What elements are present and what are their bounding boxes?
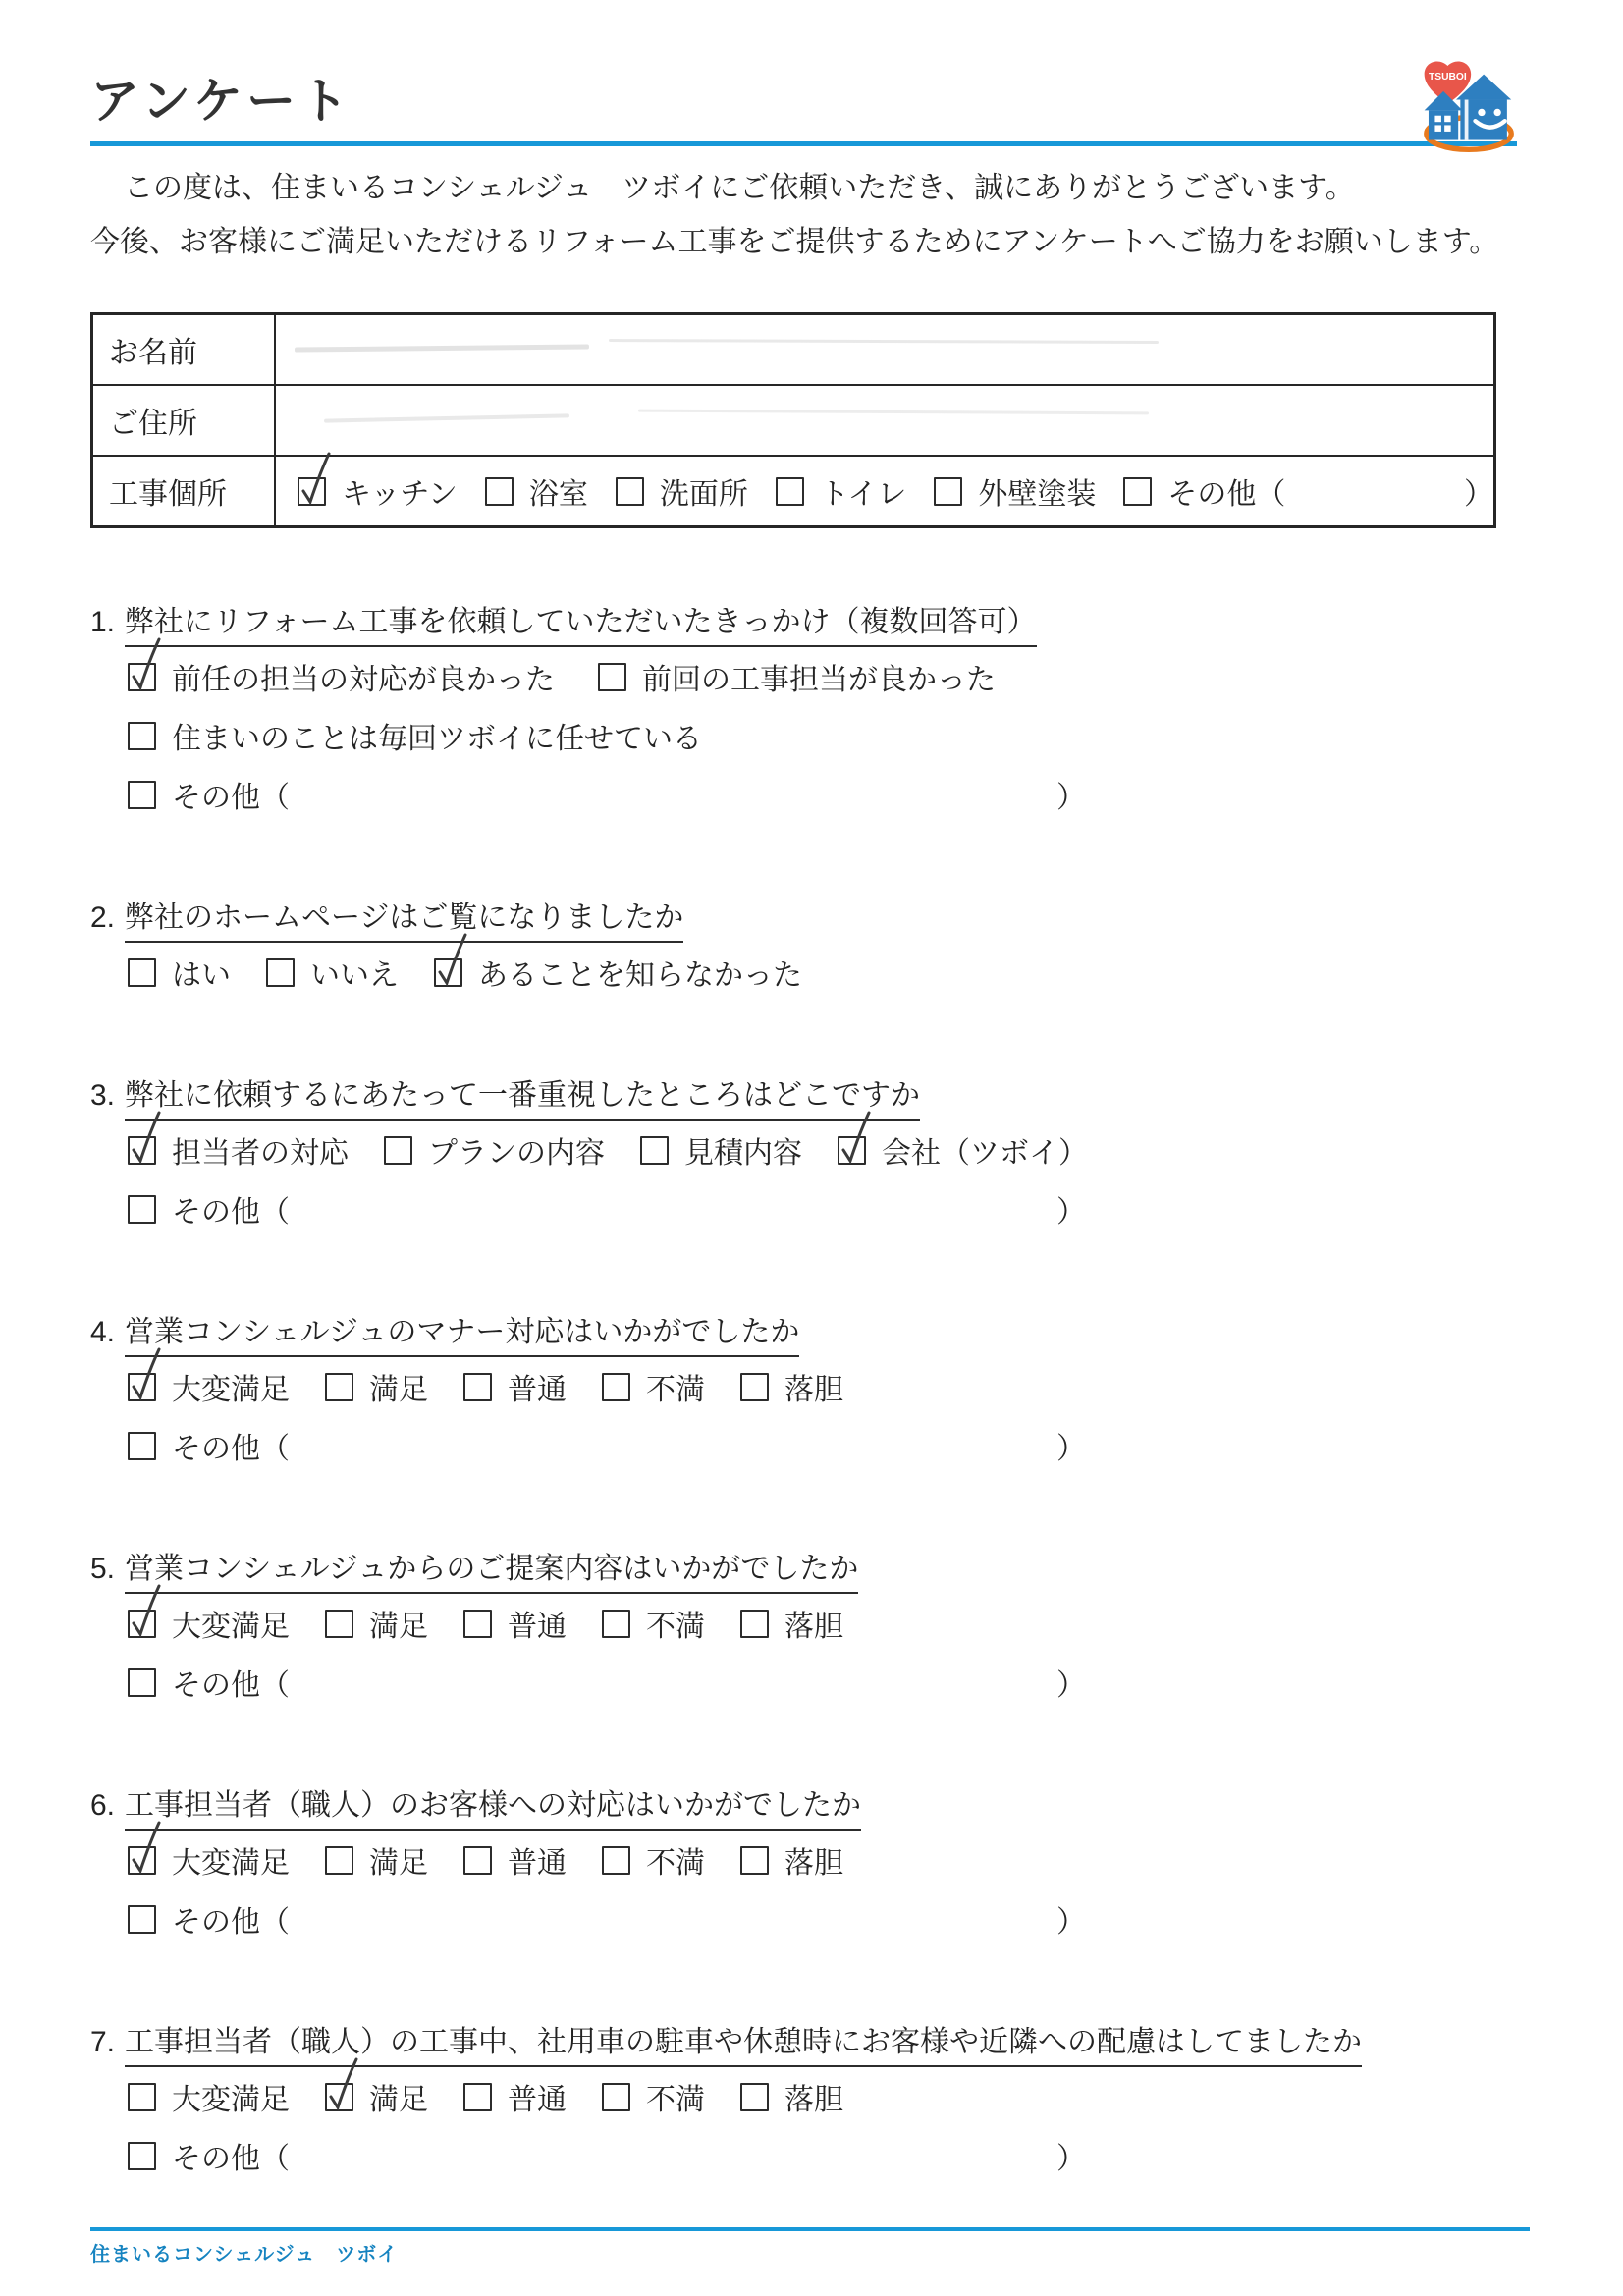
option-label: 満足 [369, 2075, 428, 2118]
question-heading: 4.営業コンシェルジュのマナー対応はいかがでしたか [90, 1307, 1530, 1357]
checkbox-unchecked[interactable] [128, 958, 156, 987]
check-mark-icon [127, 1819, 164, 1878]
checkbox-unchecked[interactable] [598, 663, 626, 691]
checkbox-option: 普通 [463, 1365, 567, 1408]
checkbox-checked[interactable] [128, 663, 156, 691]
checkbox-option: あることを知らなかった [434, 951, 802, 994]
checkbox-option: その他（ [128, 773, 290, 816]
question-heading: 7.工事担当者（職人）の工事中、社用車の駐車や休憩時にお客様や近隣への配慮はして… [90, 2017, 1530, 2067]
intro-line-1: この度は、住まいるコンシェルジュ ツボイにご依頼いただき、誠にありがとうございま… [90, 162, 1530, 216]
check-mark-icon [837, 1109, 874, 1168]
option-row: 大変満足満足普通不満落胆 [128, 2067, 1530, 2126]
close-paren: ） [1056, 773, 1086, 816]
option-label: 落胆 [784, 2075, 843, 2118]
checkbox-unchecked[interactable] [602, 1610, 630, 1638]
checkbox-checked[interactable] [838, 1136, 866, 1165]
address-field-blank[interactable] [276, 386, 1493, 455]
checkbox-option: その他（ [128, 1187, 290, 1230]
option-label: 前任の担当の対応が良かった [172, 655, 555, 698]
checkbox-option: トイレ [776, 469, 907, 513]
option-row: その他（） [128, 765, 1530, 824]
close-paren: ） [1056, 1424, 1086, 1467]
option-label: 普通 [508, 1838, 567, 1882]
customer-info-table: お名前 ご住所 工事個所 キッチン浴室洗面所トイレ外壁塗装その他（） [90, 312, 1496, 528]
option-row: 住まいのことは毎回ツボイに任せている [128, 706, 1530, 765]
checkbox-checked[interactable] [325, 2083, 353, 2111]
check-mark-icon [324, 2055, 361, 2114]
checkbox-option: 前任の担当の対応が良かった [128, 655, 555, 698]
question-heading: 6.工事担当者（職人）のお客様への対応はいかがでしたか [90, 1780, 1530, 1831]
option-label: 満足 [369, 1602, 428, 1645]
checkbox-option: 不満 [602, 2075, 705, 2118]
option-row: 大変満足満足普通不満落胆 [128, 1594, 1530, 1653]
name-field-blank[interactable] [276, 315, 1493, 384]
checkbox-checked[interactable] [128, 1136, 156, 1165]
checkbox-unchecked[interactable] [463, 1610, 492, 1638]
option-label: 会社（ツボイ） [882, 1128, 1088, 1172]
checkbox-checked[interactable] [128, 1373, 156, 1401]
checkbox-option: 大変満足 [128, 2075, 290, 2118]
checkbox-option: 大変満足 [128, 1838, 290, 1882]
checkbox-unchecked[interactable] [740, 1373, 769, 1401]
footer-divider [90, 2227, 1530, 2231]
name-row-label: お名前 [93, 315, 276, 384]
checkbox-checked[interactable] [128, 1610, 156, 1638]
checkbox-option: 住まいのことは毎回ツボイに任せている [128, 714, 702, 757]
checkbox-unchecked[interactable] [128, 2142, 156, 2170]
option-row: その他（） [128, 1416, 1530, 1475]
checkbox-option: 不満 [602, 1602, 705, 1645]
option-row: 前任の担当の対応が良かった前回の工事担当が良かった [128, 647, 1530, 706]
checkbox-option: 会社（ツボイ） [838, 1128, 1088, 1172]
option-label: 住まいのことは毎回ツボイに任せている [172, 714, 702, 757]
option-label: その他（ [172, 1661, 290, 1704]
question-block-3: 3.弊社に依頼するにあたって一番重視したところはどこですか担当者の対応プランの内… [90, 1070, 1530, 1238]
option-label: 不満 [646, 2075, 705, 2118]
option-label: トイレ [820, 469, 907, 513]
option-label: その他（ [172, 1424, 290, 1467]
option-row: その他（） [128, 1889, 1530, 1948]
option-label: 前回の工事担当が良かった [642, 655, 996, 698]
option-label: その他（ [1167, 469, 1285, 513]
checkbox-unchecked[interactable] [463, 1846, 492, 1875]
question-number: 6. [90, 1789, 115, 1823]
checkbox-unchecked[interactable] [934, 477, 962, 506]
checkbox-checked[interactable] [298, 477, 326, 506]
checkbox-option: 大変満足 [128, 1365, 290, 1408]
question-text: 工事担当者（職人）の工事中、社用車の駐車や休憩時にお客様や近隣への配慮はしてまし… [125, 2017, 1362, 2067]
option-label: いいえ [310, 951, 399, 994]
checkbox-unchecked[interactable] [325, 1373, 353, 1401]
option-row: 大変満足満足普通不満落胆 [128, 1357, 1530, 1416]
option-label: 不満 [646, 1838, 705, 1882]
checkbox-option: 落胆 [740, 2075, 843, 2118]
option-label: 浴室 [529, 469, 588, 513]
question-number: 2. [90, 902, 115, 935]
check-mark-icon [433, 931, 470, 990]
title-underline [90, 141, 1517, 146]
checkbox-unchecked[interactable] [602, 1846, 630, 1875]
question-heading: 5.営業コンシェルジュからのご提案内容はいかがでしたか [90, 1544, 1530, 1594]
checkbox-option: 浴室 [485, 469, 588, 513]
close-paren: ） [1056, 1661, 1086, 1704]
check-mark-icon [297, 450, 334, 509]
question-number: 4. [90, 1316, 115, 1349]
checkbox-option: いいえ [266, 951, 399, 994]
close-paren: ） [1056, 1897, 1086, 1941]
question-block-4: 4.営業コンシェルジュのマナー対応はいかがでしたか大変満足満足普通不満落胆その他… [90, 1307, 1530, 1475]
option-label: はい [172, 951, 231, 994]
checkbox-option: 見積内容 [640, 1128, 802, 1172]
question-text: 弊社にリフォーム工事を依頼していただいたきっかけ（複数回答可） [125, 597, 1037, 647]
check-mark-icon [127, 1345, 164, 1404]
checkbox-option: 満足 [325, 1365, 428, 1408]
option-label: 満足 [369, 1365, 428, 1408]
checkbox-option: その他（ [128, 1661, 290, 1704]
option-label: 不満 [646, 1365, 705, 1408]
checkbox-unchecked[interactable] [740, 1846, 769, 1875]
checkbox-unchecked[interactable] [640, 1136, 669, 1165]
option-row: 大変満足満足普通不満落胆 [128, 1831, 1530, 1889]
question-heading: 1.弊社にリフォーム工事を依頼していただいたきっかけ（複数回答可） [90, 597, 1530, 647]
option-label: その他（ [172, 1187, 290, 1230]
option-row: その他（） [128, 2126, 1530, 2185]
checkbox-unchecked[interactable] [602, 1373, 630, 1401]
checkbox-option: 普通 [463, 1838, 567, 1882]
checkbox-option: はい [128, 951, 231, 994]
checkbox-unchecked[interactable] [128, 781, 156, 809]
option-label: 担当者の対応 [172, 1128, 349, 1172]
option-label: 洗面所 [660, 469, 748, 513]
tsuboi-mascot-icon: TSUBOI [1416, 55, 1522, 157]
option-row: はいいいえあることを知らなかった [128, 943, 1530, 1002]
checkbox-option: 普通 [463, 2075, 567, 2118]
option-label: キッチン [342, 469, 458, 513]
checkbox-unchecked[interactable] [463, 2083, 492, 2111]
close-paren: ） [1464, 469, 1493, 513]
checkbox-unchecked[interactable] [128, 1905, 156, 1934]
option-label: 落胆 [784, 1602, 843, 1645]
checkbox-option: 外壁塗装 [934, 469, 1096, 513]
work-location-options: キッチン浴室洗面所トイレ外壁塗装その他（） [276, 469, 1493, 513]
option-label: 大変満足 [172, 1838, 290, 1882]
checkbox-unchecked[interactable] [740, 2083, 769, 2111]
check-mark-icon [127, 1109, 164, 1168]
check-mark-icon [127, 635, 164, 694]
checkbox-option: 落胆 [740, 1365, 843, 1408]
questionnaire-page: アンケート TSUBOI この度は、住まいるコンシェ [0, 0, 1623, 2296]
question-text: 弊社のホームページはご覧になりましたか [125, 893, 683, 943]
question-block-7: 7.工事担当者（職人）の工事中、社用車の駐車や休憩時にお客様や近隣への配慮はして… [90, 2017, 1530, 2185]
option-label: 落胆 [784, 1365, 843, 1408]
checkbox-option: 落胆 [740, 1838, 843, 1882]
checkbox-option: 不満 [602, 1838, 705, 1882]
option-label: 見積内容 [684, 1128, 802, 1172]
checkbox-unchecked[interactable] [1123, 477, 1152, 506]
name-row: お名前 [93, 315, 1493, 386]
checkbox-unchecked[interactable] [776, 477, 804, 506]
option-label: プランの内容 [428, 1128, 605, 1172]
address-row-label: ご住所 [93, 386, 276, 455]
question-block-6: 6.工事担当者（職人）のお客様への対応はいかがでしたか大変満足満足普通不満落胆そ… [90, 1780, 1530, 1948]
option-label: 普通 [508, 1365, 567, 1408]
option-label: その他（ [172, 1897, 290, 1941]
close-paren: ） [1056, 2134, 1086, 2177]
checkbox-option: その他（ [128, 1897, 290, 1941]
checkbox-option: その他（ [128, 2134, 290, 2177]
check-mark-icon [127, 1582, 164, 1641]
checkbox-unchecked[interactable] [128, 2083, 156, 2111]
question-list: 1.弊社にリフォーム工事を依頼していただいたきっかけ（複数回答可）前任の担当の対… [90, 597, 1530, 2185]
checkbox-option: 満足 [325, 1602, 428, 1645]
small-house-icon [1429, 110, 1458, 139]
checkbox-option: 不満 [602, 1365, 705, 1408]
question-block-2: 2.弊社のホームページはご覧になりましたかはいいいえあることを知らなかった [90, 893, 1530, 1002]
footer-company-name: 住まいるコンシェルジュ ツボイ [90, 2238, 1530, 2267]
question-number: 7. [90, 2026, 115, 2059]
option-label: 普通 [508, 1602, 567, 1645]
option-label: 普通 [508, 2075, 567, 2118]
checkbox-option: キッチン [298, 469, 458, 513]
question-number: 3. [90, 1079, 115, 1113]
checkbox-option: 普通 [463, 1602, 567, 1645]
question-text: 工事担当者（職人）のお客様への対応はいかがでしたか [125, 1780, 861, 1831]
checkbox-unchecked[interactable] [463, 1373, 492, 1401]
checkbox-unchecked[interactable] [485, 477, 514, 506]
option-label: 大変満足 [172, 1602, 290, 1645]
checkbox-option: 満足 [325, 2075, 428, 2118]
work-location-label: 工事個所 [93, 457, 276, 525]
checkbox-unchecked[interactable] [325, 1610, 353, 1638]
checkbox-option: 前回の工事担当が良かった [598, 655, 996, 698]
checkbox-unchecked[interactable] [266, 958, 295, 987]
checkbox-option: その他（ [128, 1424, 290, 1467]
page-footer: 住まいるコンシェルジュ ツボイ [90, 2227, 1530, 2267]
checkbox-checked[interactable] [434, 958, 462, 987]
checkbox-unchecked[interactable] [128, 722, 156, 750]
checkbox-option: 洗面所 [616, 469, 748, 513]
checkbox-option: 満足 [325, 1838, 428, 1882]
question-number: 5. [90, 1553, 115, 1586]
checkbox-unchecked[interactable] [616, 477, 644, 506]
checkbox-option: 落胆 [740, 1602, 843, 1645]
option-label: 不満 [646, 1602, 705, 1645]
checkbox-option: プランの内容 [384, 1128, 605, 1172]
checkbox-unchecked[interactable] [128, 1432, 156, 1460]
question-block-1: 1.弊社にリフォーム工事を依頼していただいたきっかけ（複数回答可）前任の担当の対… [90, 597, 1530, 824]
checkbox-unchecked[interactable] [384, 1136, 412, 1165]
checkbox-option: 担当者の対応 [128, 1128, 349, 1172]
intro-text: この度は、住まいるコンシェルジュ ツボイにご依頼いただき、誠にありがとうございま… [90, 162, 1530, 269]
option-label: 外壁塗装 [978, 469, 1096, 513]
option-row: その他（） [128, 1653, 1530, 1712]
option-label: あることを知らなかった [478, 951, 802, 994]
intro-line-2: 今後、お客様にご満足いただけるリフォーム工事をご提供するためにアンケートへご協力… [90, 216, 1530, 270]
address-row: ご住所 [93, 386, 1493, 457]
checkbox-option: その他（ [1123, 469, 1285, 513]
question-block-5: 5.営業コンシェルジュからのご提案内容はいかがでしたか大変満足満足普通不満落胆そ… [90, 1544, 1530, 1712]
work-location-row: 工事個所 キッチン浴室洗面所トイレ外壁塗装その他（） [93, 457, 1493, 525]
checkbox-unchecked[interactable] [602, 2083, 630, 2111]
checkbox-unchecked[interactable] [325, 1846, 353, 1875]
question-text: 弊社に依頼するにあたって一番重視したところはどこですか [125, 1070, 920, 1121]
option-label: 大変満足 [172, 1365, 290, 1408]
page-header: アンケート TSUBOI [90, 67, 1530, 146]
checkbox-checked[interactable] [128, 1846, 156, 1875]
question-heading: 2.弊社のホームページはご覧になりましたか [90, 893, 1530, 943]
option-label: その他（ [172, 2134, 290, 2177]
company-logo: TSUBOI [1416, 55, 1522, 157]
question-text: 営業コンシェルジュのマナー対応はいかがでしたか [125, 1307, 799, 1357]
question-number: 1. [90, 606, 115, 639]
option-label: 落胆 [784, 1838, 843, 1882]
checkbox-unchecked[interactable] [128, 1195, 156, 1224]
option-row: 担当者の対応プランの内容見積内容会社（ツボイ） [128, 1121, 1530, 1179]
option-label: 大変満足 [172, 2075, 290, 2118]
logo-text: TSUBOI [1429, 72, 1467, 82]
checkbox-unchecked[interactable] [128, 1668, 156, 1697]
page-title: アンケート [90, 67, 1530, 136]
question-heading: 3.弊社に依頼するにあたって一番重視したところはどこですか [90, 1070, 1530, 1121]
option-label: その他（ [172, 773, 290, 816]
checkbox-unchecked[interactable] [740, 1610, 769, 1638]
close-paren: ） [1056, 1187, 1086, 1230]
checkbox-option: 大変満足 [128, 1602, 290, 1645]
question-text: 営業コンシェルジュからのご提案内容はいかがでしたか [125, 1544, 858, 1594]
option-row: その他（） [128, 1179, 1530, 1238]
option-label: 満足 [369, 1838, 428, 1882]
